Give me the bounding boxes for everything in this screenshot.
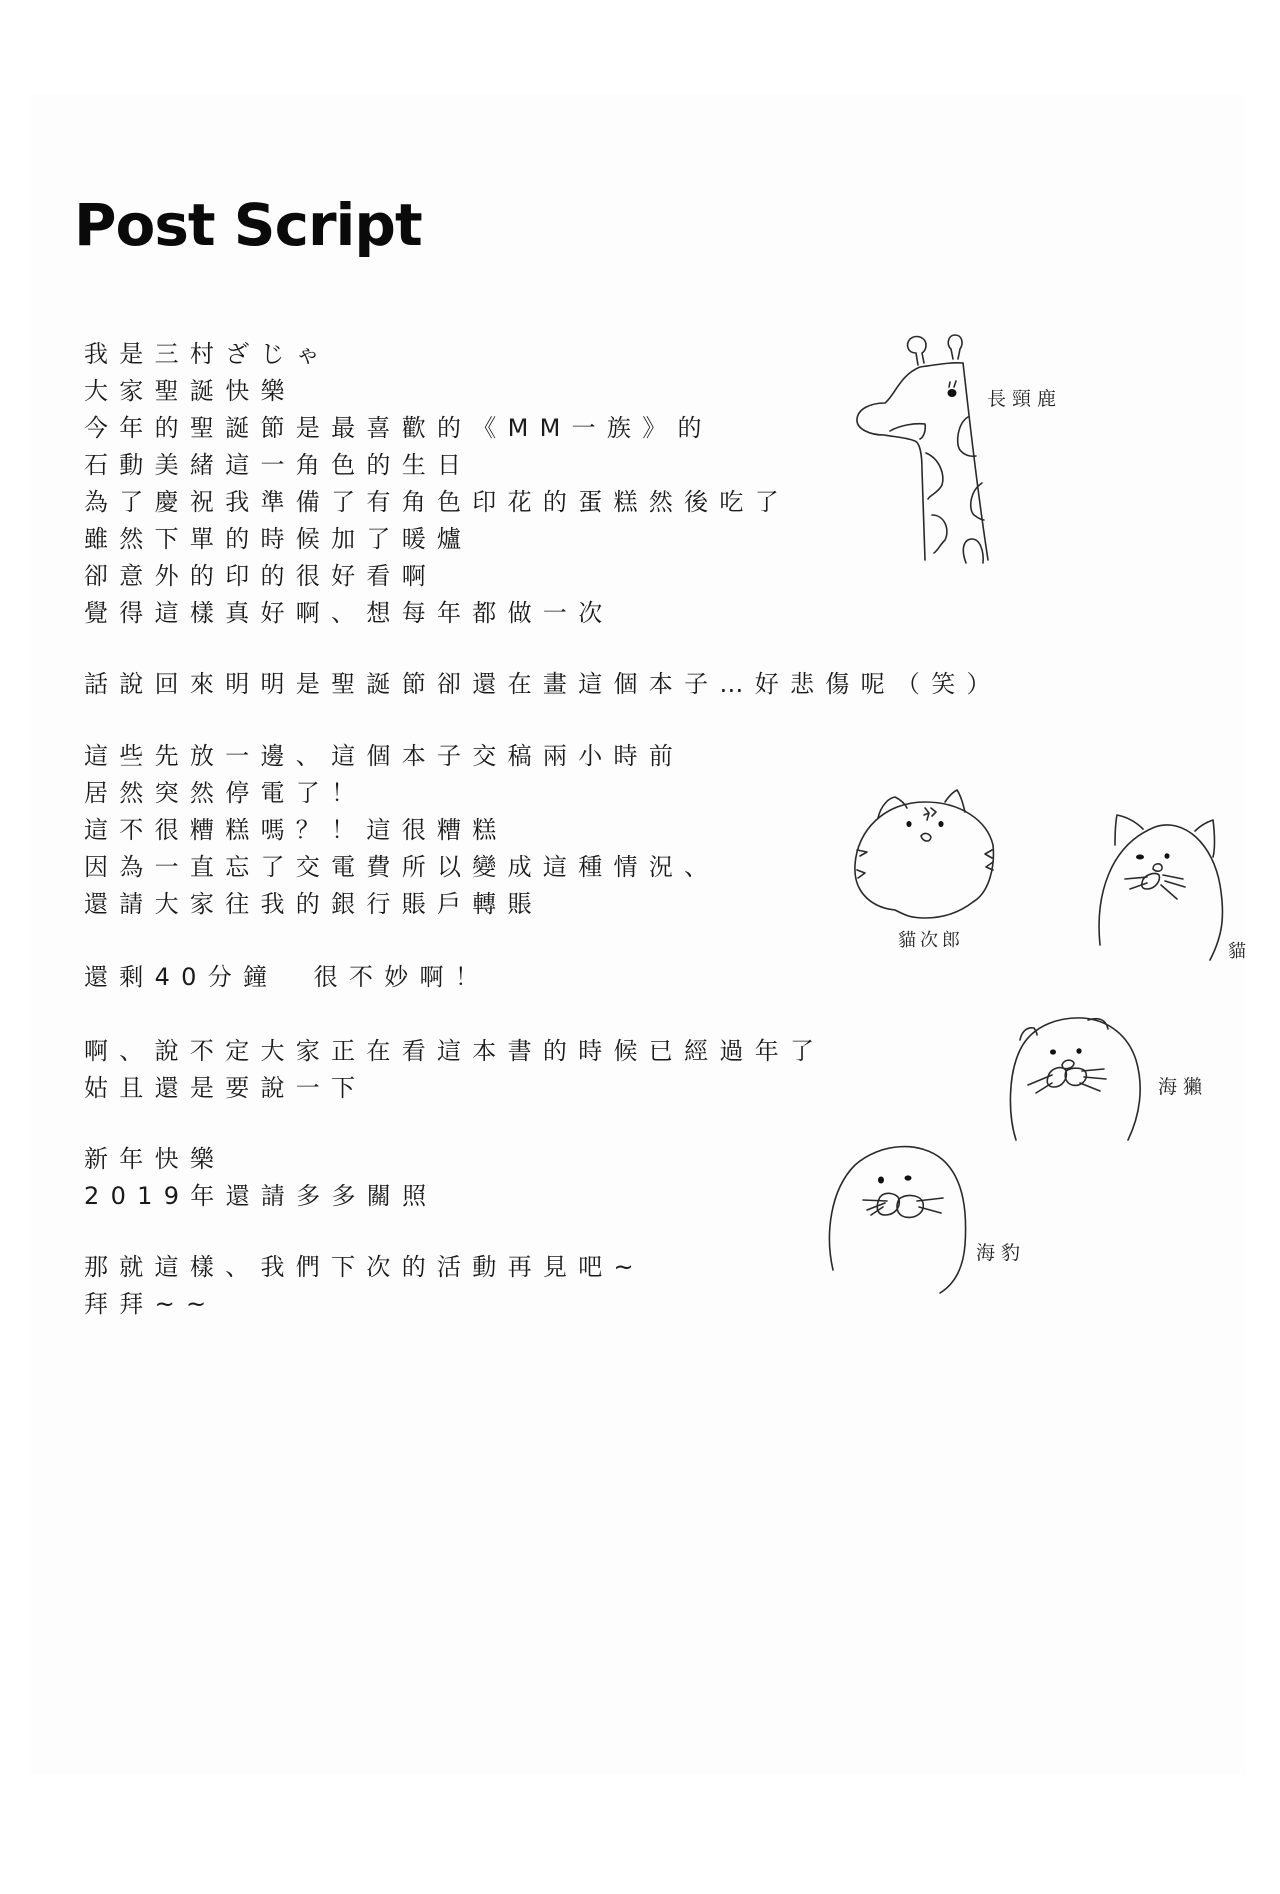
paragraph-farewell: 那就這樣、我們下次的活動再見吧~ 拜拜~~	[84, 1249, 645, 1323]
seal-label: 海豹	[976, 1238, 1026, 1265]
paragraph-christmas-drawing: 話說回來明明是聖誕節卻還在畫這個本子…好悲傷呢（笑）	[84, 666, 1002, 703]
cat-jiro-label: 貓次郎	[898, 926, 964, 952]
text-line: 為了慶祝我準備了有角色印花的蛋糕然後吃了	[84, 484, 790, 521]
cat-label: 貓	[1228, 937, 1252, 963]
text-line: 還剩40分鐘 很不妙啊！	[84, 959, 490, 996]
text-line: 拜拜~~	[84, 1286, 645, 1323]
text-line: 2019年還請多多關照	[84, 1178, 437, 1215]
paragraph-new-year-note: 啊、說不定大家正在看這本書的時候已經過年了 姑且還是要說一下	[84, 1033, 825, 1107]
text-line: 覺得這樣真好啊、想每年都做一次	[84, 595, 790, 632]
text-line: 那就這樣、我們下次的活動再見吧~	[84, 1249, 645, 1286]
text-line: 姑且還是要說一下	[84, 1070, 825, 1107]
otter-label: 海獺	[1158, 1072, 1208, 1099]
cat-drawing	[1095, 805, 1235, 965]
text-line: 啊、說不定大家正在看這本書的時候已經過年了	[84, 1033, 825, 1070]
page-title: Post Script	[74, 196, 422, 254]
text-line: 大家聖誕快樂	[84, 373, 790, 410]
text-line: 新年快樂	[84, 1141, 437, 1178]
text-line: 因為一直忘了交電費所以變成這種情況、	[84, 849, 719, 886]
paragraph-new-year-greeting: 新年快樂 2019年還請多多關照	[84, 1141, 437, 1215]
paragraph-greeting: 我是三村ざじゃ 大家聖誕快樂 今年的聖誕節是最喜歡的《MM一族》的 石動美緒這一…	[84, 336, 790, 632]
otter-drawing	[1008, 1005, 1153, 1145]
cat-jiro-drawing	[845, 780, 1005, 930]
text-line: 還請大家往我的銀行賬戶轉賬	[84, 886, 719, 923]
text-line: 今年的聖誕節是最喜歡的《MM一族》的	[84, 410, 790, 447]
seal-drawing	[825, 1135, 975, 1295]
text-line: 石動美緒這一角色的生日	[84, 447, 790, 484]
text-line: 我是三村ざじゃ	[84, 336, 790, 373]
text-line: 居然突然停電了！	[84, 775, 719, 812]
text-line: 雖然下單的時候加了暖爐	[84, 521, 790, 558]
text-line: 卻意外的印的很好看啊	[84, 558, 790, 595]
text-line: 這不很糟糕嗎？！這很糟糕	[84, 812, 719, 849]
paragraph-time-left: 還剩40分鐘 很不妙啊！	[84, 959, 490, 996]
giraffe-drawing	[850, 325, 1000, 565]
text-line: 這些先放一邊、這個本子交稿兩小時前	[84, 738, 719, 775]
giraffe-label: 長頸鹿	[987, 384, 1062, 411]
text-line: 話說回來明明是聖誕節卻還在畫這個本子…好悲傷呢（笑）	[84, 666, 1002, 703]
paragraph-power-outage: 這些先放一邊、這個本子交稿兩小時前 居然突然停電了！ 這不很糟糕嗎？！這很糟糕 …	[84, 738, 719, 923]
